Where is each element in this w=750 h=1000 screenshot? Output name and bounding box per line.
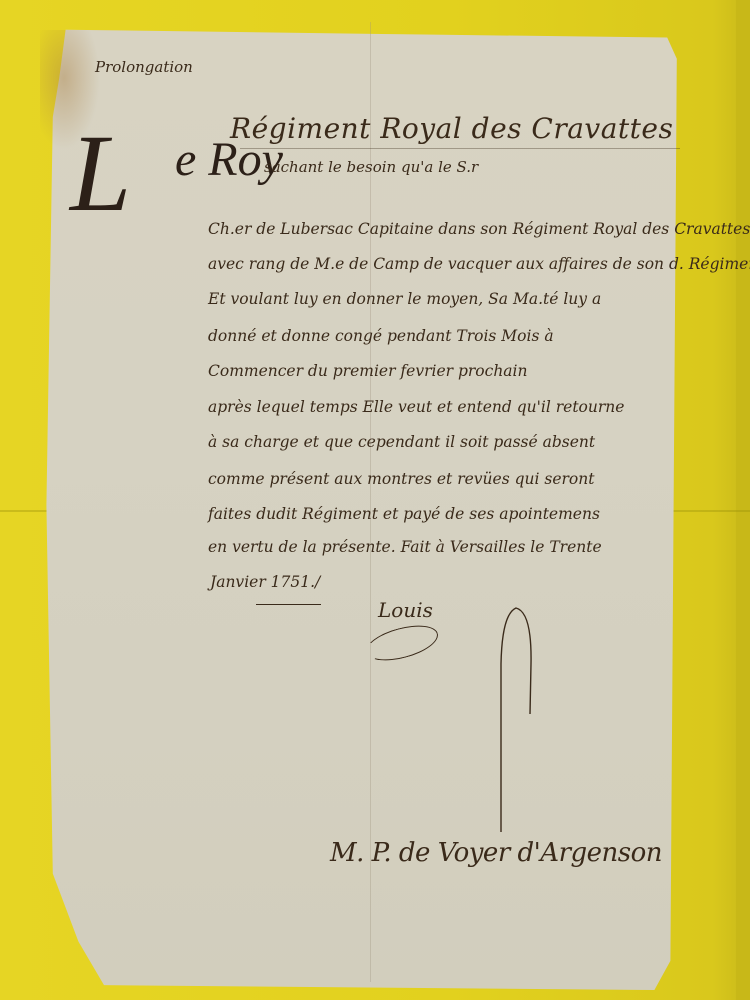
paraph-flourish-icon (498, 604, 534, 834)
body-line-2: avec rang de M.e de Camp de vacquer aux … (208, 255, 750, 273)
marginal-heading: Prolongation (95, 58, 193, 76)
minister-signature: M. P. de Voyer d'Argenson (330, 838, 662, 868)
body-line-9: faites dudit Régiment et payé de ses apo… (208, 505, 600, 523)
body-line-10: en vertu de la présente. Fait à Versaill… (208, 538, 602, 556)
body-line-7: à sa charge et que cependant il soit pas… (208, 433, 595, 451)
title-underline (240, 148, 680, 149)
date-line: Janvier 1751./ (210, 573, 320, 591)
body-line-4: donné et donne congé pendant Trois Mois … (208, 327, 554, 345)
year-underline (256, 604, 321, 605)
opening-line: sachant le besoin qu'a le S.r (264, 158, 478, 176)
body-line-5: Commencer du premier fevrier prochain (208, 362, 527, 380)
body-line-3: Et voulant luy en donner le moyen, Sa Ma… (208, 290, 601, 308)
body-line-6: après lequel temps Elle veut et entend q… (208, 398, 624, 416)
body-line-1: Ch.er de Lubersac Capitaine dans son Rég… (208, 220, 750, 238)
king-signature: Louis (378, 598, 433, 622)
backdrop-edge-strip (736, 0, 750, 1000)
regiment-title: Régiment Royal des Cravattes (230, 112, 673, 145)
opening-initial-L: L (70, 110, 131, 237)
body-line-8: comme présent aux montres et revües qui … (208, 470, 594, 488)
